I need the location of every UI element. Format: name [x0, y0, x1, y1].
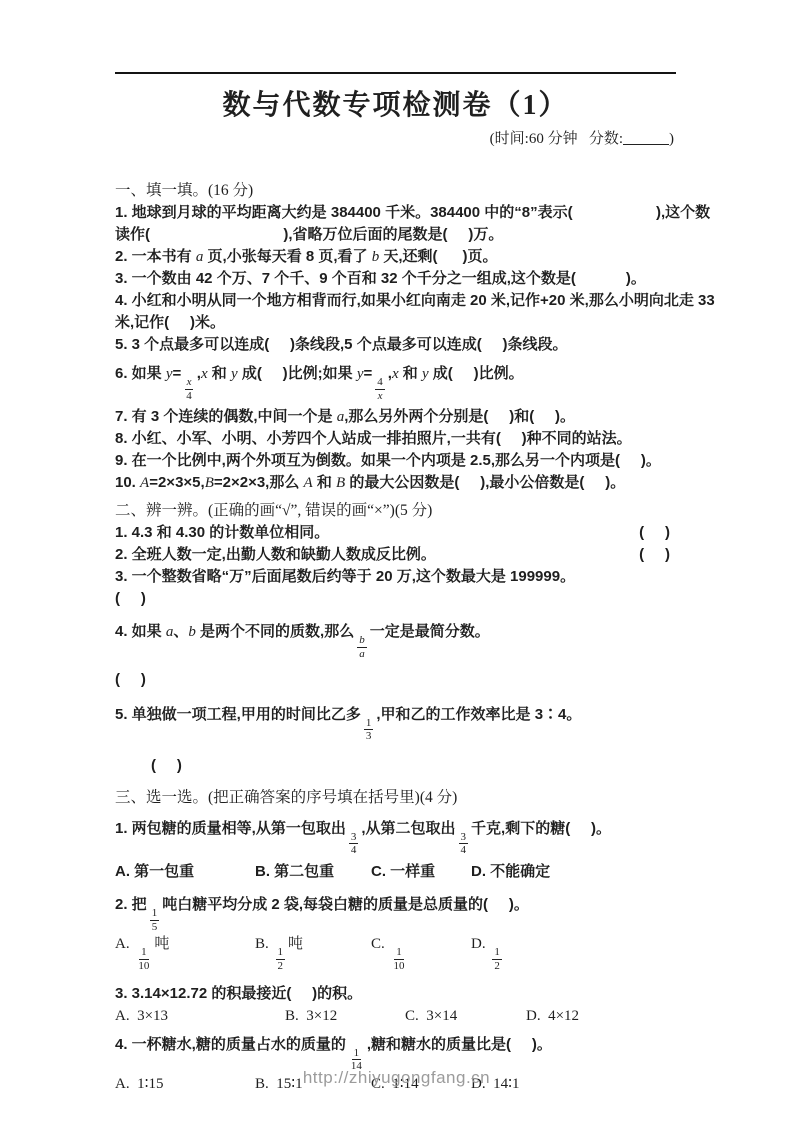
- text-run: 4. 一杯糖水,糖的质量占水的质量的: [115, 1036, 346, 1053]
- text-run: 2. 把: [115, 896, 147, 913]
- meta-close-paren: ): [669, 131, 674, 147]
- s3-q3: 3. 3.14×12.72 的积最接近( )的积。: [115, 983, 676, 1005]
- text-run: ,从第二包取出: [361, 820, 455, 837]
- s2-q5: 5. 单独做一项工程,甲用的时间比乙多13,甲和乙的工作效率比是 3∶4。: [115, 699, 676, 743]
- math-variable: A: [140, 475, 149, 491]
- exam-meta: (时间:60 分钟 分数:): [115, 128, 676, 150]
- math-variable: A: [304, 475, 313, 491]
- s3-q1-option-c: C. 一样重: [371, 861, 471, 883]
- math-variable: B: [336, 475, 345, 491]
- fraction: 12: [492, 946, 502, 972]
- fraction: 34: [459, 831, 469, 857]
- s1-q5: 5. 3 个点最多可以连成( )条线段,5 个点最多可以连成( )条线段。: [115, 334, 676, 356]
- text-run: B.: [255, 936, 273, 952]
- meta-time-text: (时间:60 分钟 分数:: [490, 131, 623, 147]
- text-run: 6. 如果: [115, 365, 166, 382]
- s1-q1-line2: 读作( ),省略万位后面的尾数是( )万。: [115, 224, 676, 246]
- s2-q3-answer-paren: ( ): [115, 588, 676, 610]
- fraction: 110: [136, 946, 151, 972]
- text-run: D.: [471, 936, 489, 952]
- text-run: 的最大公因数是( ),最小公倍数是( )。: [345, 474, 625, 491]
- math-variable: b: [188, 624, 196, 640]
- section1-heading: 一、填一填。(16 分): [115, 180, 676, 202]
- math-variable: y: [357, 366, 364, 382]
- fraction: x4: [184, 376, 194, 402]
- score-blank: [623, 130, 669, 145]
- s3-q3-options: A. 3×13 B. 3×12 C. 3×14 D. 4×12: [115, 1005, 676, 1027]
- text-run: C.: [371, 936, 389, 952]
- s3-q1-option-d: D. 不能确定: [471, 861, 550, 883]
- section3-heading: 三、选一选。(把正确答案的序号填在括号里)(4 分): [115, 787, 676, 809]
- s1-q7: 7. 有 3 个连续的偶数,中间一个是 a,那么另外两个分别是( )和( )。: [115, 406, 676, 428]
- page-title: 数与代数专项检测卷（1）: [115, 88, 676, 124]
- s2-q4-answer-paren: ( ): [115, 669, 676, 691]
- text-run: ,糖和糖水的质量比是( )。: [367, 1036, 552, 1053]
- fraction: 15: [150, 907, 160, 933]
- text-run: 页,小张每天看 8 页,看了: [203, 248, 371, 265]
- s3-q2-option-c: C. 110: [371, 933, 471, 972]
- s2-q4: 4. 如果 a、b 是两个不同的质数,那么ba一定是最简分数。: [115, 616, 676, 660]
- text-run: 7. 有 3 个连续的偶数,中间一个是: [115, 408, 337, 425]
- exam-sheet: 数与代数专项检测卷（1） (时间:60 分钟 分数:) 一、填一填。(16 分)…: [115, 0, 676, 1095]
- s3-q2-options: A. 110吨 B. 12吨 C. 110 D. 12: [115, 933, 676, 972]
- s3-q1-option-a: A. 第一包重: [115, 861, 255, 883]
- s2-q3-line1: 3. 一个整数省略“万”后面尾数后约等于 20 万,这个数最大是 199999。: [115, 566, 676, 588]
- s3-q2-option-b: B. 12吨: [255, 933, 371, 972]
- s1-q4-line1: 4. 小红和小明从同一个地方相背而行,如果小红向南走 20 米,记作+20 米,…: [115, 290, 676, 312]
- footer-url: http://zhiyugongfang.cn: [0, 1068, 793, 1088]
- fraction: 110: [392, 946, 407, 972]
- math-variable: x: [392, 366, 399, 382]
- s2-q1: 1. 4.3 和 4.30 的计数单位相同。 ( ): [115, 522, 676, 544]
- math-variable: x: [201, 366, 208, 382]
- s2-q2-text: 2. 全班人数一定,出勤人数和缺勤人数成反比例。: [115, 544, 436, 566]
- top-rule: [115, 72, 676, 74]
- text-run: A.: [115, 936, 133, 952]
- fraction: 34: [349, 831, 359, 857]
- text-run: 、: [173, 623, 188, 640]
- s3-q1-option-b: B. 第二包重: [255, 861, 371, 883]
- s3-q1-options: A. 第一包重 B. 第二包重 C. 一样重 D. 不能确定: [115, 861, 676, 883]
- text-run: 吨: [288, 936, 303, 952]
- text-run: 天,还剩( )页。: [379, 248, 497, 265]
- text-run: =: [173, 365, 182, 382]
- s2-q2-answer-paren: ( ): [639, 544, 670, 566]
- text-run: 吨: [154, 936, 169, 952]
- text-run: 5. 单独做一项工程,甲用的时间比乙多: [115, 706, 361, 723]
- text-run: =2×3×5,: [149, 474, 204, 491]
- text-run: 10.: [115, 474, 140, 491]
- text-run: 成( )比例;如果: [238, 365, 357, 382]
- text-run: 和: [399, 365, 422, 382]
- text-run: 一定是最简分数。: [370, 623, 490, 640]
- math-variable: y: [166, 366, 173, 382]
- math-variable: y: [422, 366, 429, 382]
- s1-q8: 8. 小红、小军、小明、小芳四个人站成一排拍照片,一共有( )种不同的站法。: [115, 428, 676, 450]
- s3-q4: 4. 一杯糖水,糖的质量占水的质量的114,糖和糖水的质量比是( )。: [115, 1029, 676, 1073]
- s2-q5-answer-paren: ( ): [151, 755, 676, 777]
- s1-q1-line1: 1. 地球到月球的平均距离大约是 384400 千米。384400 中的“8”表…: [115, 202, 676, 224]
- s3-q3-option-b: B. 3×12: [285, 1005, 405, 1027]
- s3-q2-option-d: D. 12: [471, 933, 505, 972]
- fraction: ba: [357, 634, 367, 660]
- math-variable: B: [205, 475, 214, 491]
- math-variable: y: [231, 366, 238, 382]
- fraction: 12: [276, 946, 286, 972]
- s3-q3-option-d: D. 4×12: [526, 1005, 579, 1027]
- text-run: 和: [208, 365, 231, 382]
- text-run: 是两个不同的质数,那么: [196, 623, 354, 640]
- s1-q2: 2. 一本书有 a 页,小张每天看 8 页,看了 b 天,还剩( )页。: [115, 246, 676, 268]
- s3-q2-option-a: A. 110吨: [115, 933, 255, 972]
- section2-heading: 二、辨一辨。(正确的画“√”, 错误的画“×”)(5 分): [115, 500, 676, 522]
- text-run: ,甲和乙的工作效率比是 3∶4。: [376, 706, 581, 723]
- s2-q2: 2. 全班人数一定,出勤人数和缺勤人数成反比例。 ( ): [115, 544, 676, 566]
- text-run: 2. 一本书有: [115, 248, 196, 265]
- text-run: 4. 如果: [115, 623, 166, 640]
- text-run: 1. 两包糖的质量相等,从第一包取出: [115, 820, 346, 837]
- s2-q1-answer-paren: ( ): [639, 522, 670, 544]
- fraction: 13: [364, 717, 374, 743]
- s1-q9: 9. 在一个比例中,两个外项互为倒数。如果一个内项是 2.5,那么另一个内项是(…: [115, 450, 676, 472]
- s3-q3-option-c: C. 3×14: [405, 1005, 526, 1027]
- s3-q2: 2. 把15吨白糖平均分成 2 袋,每袋白糖的质量是总质量的( )。: [115, 889, 676, 933]
- s1-q10: 10. A=2×3×5,B=2×2×3,那么 A 和 B 的最大公因数是( ),…: [115, 472, 676, 494]
- text-run: ,那么另外两个分别是( )和( )。: [344, 408, 575, 425]
- s1-q6: 6. 如果 y=x4,x 和 y 成( )比例;如果 y=4x,x 和 y 成(…: [115, 358, 676, 402]
- text-run: 和: [313, 474, 336, 491]
- text-run: 吨白糖平均分成 2 袋,每袋白糖的质量是总质量的( )。: [162, 896, 529, 913]
- s1-q3: 3. 一个数由 42 个万、7 个千、9 个百和 32 个千分之一组成,这个数是…: [115, 268, 676, 290]
- text-run: =2×2×3,那么: [214, 474, 304, 491]
- s2-q1-text: 1. 4.3 和 4.30 的计数单位相同。: [115, 522, 329, 544]
- text-run: 千克,剩下的糖( )。: [471, 820, 611, 837]
- fraction: 4x: [375, 376, 385, 402]
- s3-q1: 1. 两包糖的质量相等,从第一包取出34,从第二包取出34千克,剩下的糖( )。: [115, 813, 676, 857]
- s3-q3-option-a: A. 3×13: [115, 1005, 285, 1027]
- s1-q4-line2: 米,记作( )米。: [115, 312, 676, 334]
- text-run: 成( )比例。: [429, 365, 524, 382]
- text-run: =: [364, 365, 373, 382]
